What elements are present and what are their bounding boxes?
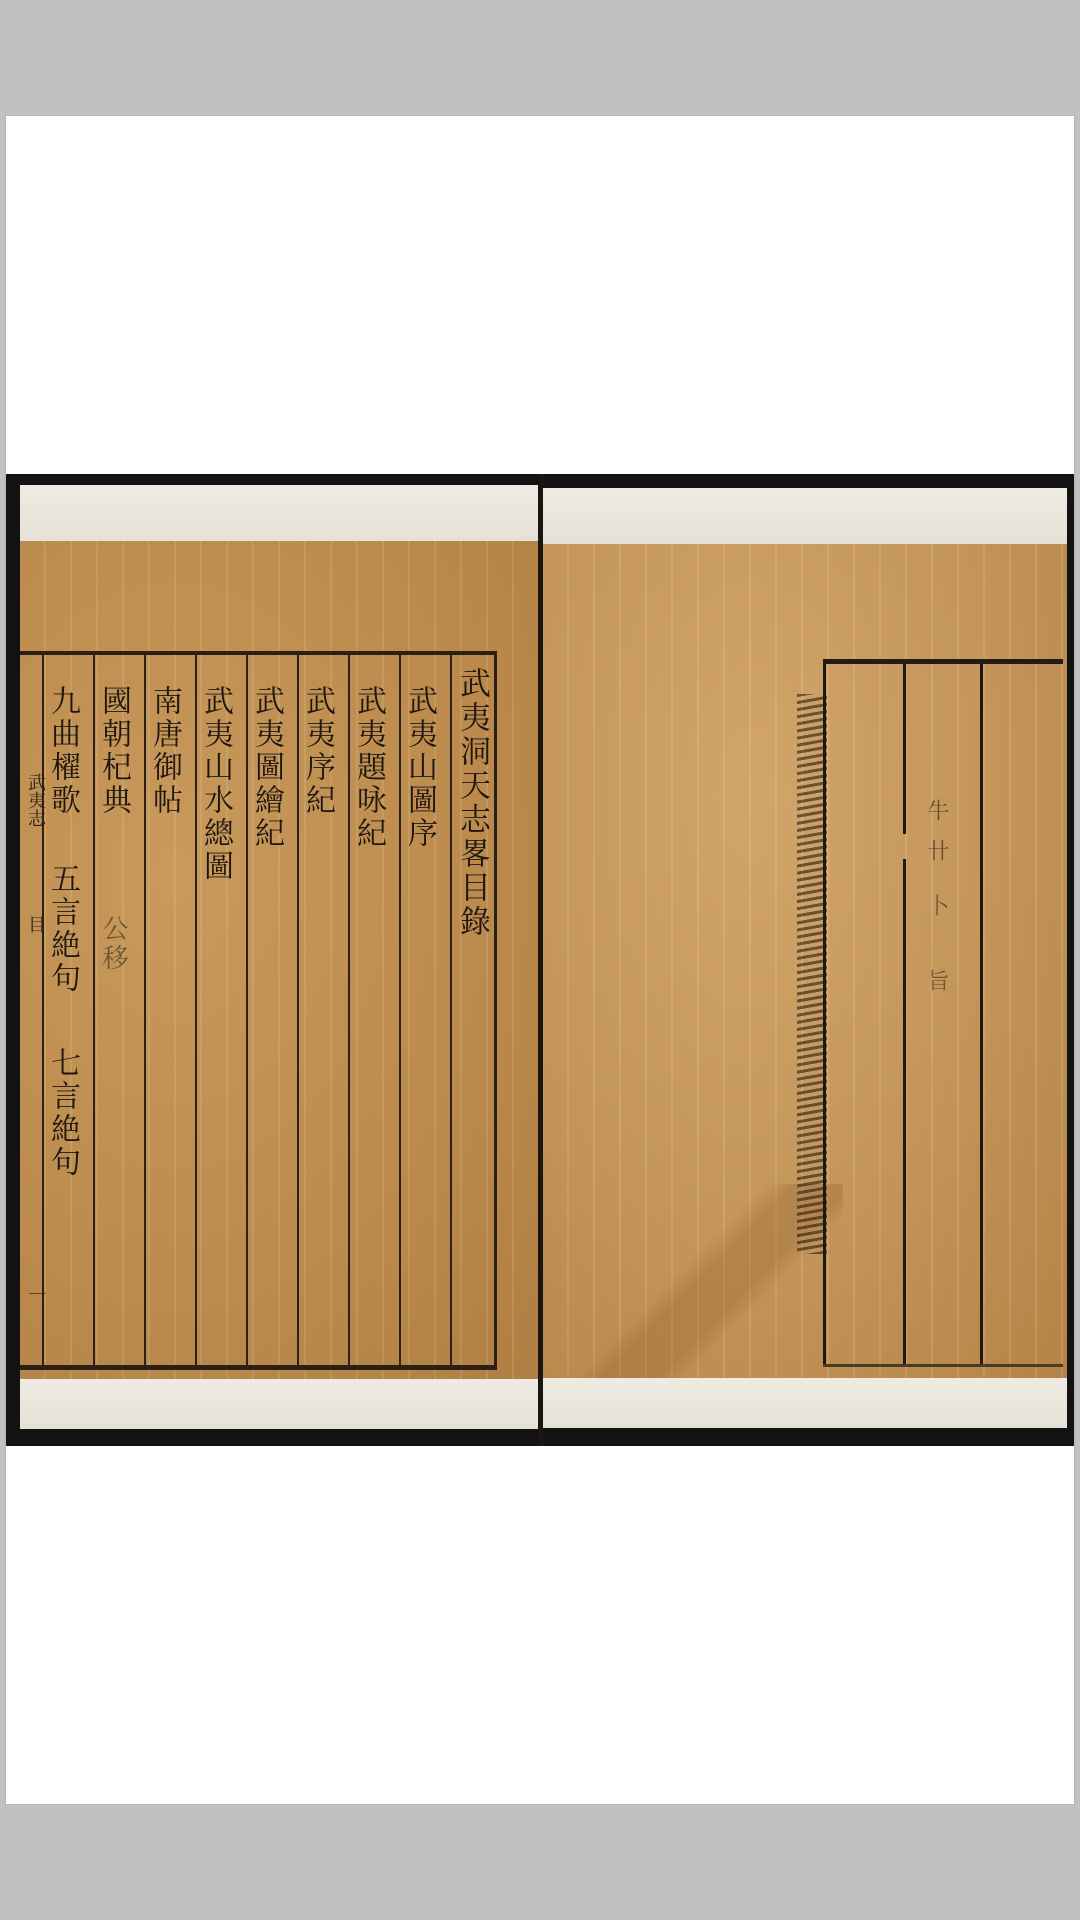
column-rule <box>823 664 826 1364</box>
toc-entry: 武夷序紀 <box>302 685 332 817</box>
column-rule <box>980 664 983 1364</box>
bleed-through-mark: 卄 <box>925 839 947 864</box>
right-page-top-margin <box>543 488 1067 544</box>
toc-entry: 九曲櫂歌 <box>47 685 77 817</box>
print-frame-left: 武夷志 目 一 武 武夷洞天志畧目錄 武夷山圖序 武夷題咏紀 武夷序紀 武夷 <box>20 651 497 1370</box>
right-page: 牛 卄 卜 旨 <box>543 488 1067 1428</box>
toc-entry: 武夷山圖序 <box>404 685 434 850</box>
left-page-bottom-margin <box>20 1379 538 1429</box>
column-rule <box>195 655 197 1365</box>
column-rule <box>144 655 146 1365</box>
bleed-through-mark: 卜 <box>925 894 947 919</box>
column-rule <box>93 655 95 1365</box>
toc-entry: 武夷題咏紀 <box>353 685 383 850</box>
bleed-through-mark: 牛 <box>925 799 947 824</box>
print-frame-right: 牛 卄 卜 旨 <box>823 659 1063 1367</box>
left-page: 武夷志 目 一 武 武夷洞天志畧目錄 武夷山圖序 武夷題咏紀 武夷序紀 武夷 <box>20 485 538 1429</box>
column-rule <box>399 655 401 1365</box>
toc-sub-entry: 五言絶句 <box>47 863 77 995</box>
column-rule <box>450 655 452 1365</box>
bleed-through-mark: 旨 <box>925 969 947 994</box>
column-rule <box>348 655 350 1365</box>
toc-annotation: 公移 <box>100 915 126 973</box>
left-page-top-margin <box>20 485 538 541</box>
column-rule <box>903 664 906 834</box>
left-page-paper: 武夷志 目 一 武 武夷洞天志畧目錄 武夷山圖序 武夷題咏紀 武夷序紀 武夷 <box>20 541 538 1379</box>
banxin-folio: 一 <box>22 1285 48 1303</box>
column-rule <box>903 859 906 1364</box>
right-page-bottom-margin <box>543 1378 1067 1428</box>
banxin-center-fold: 武夷志 目 一 武 <box>20 765 42 1429</box>
column-rule <box>297 655 299 1365</box>
toc-entry: 武夷山水總圖 <box>200 685 230 883</box>
toc-entry: 國朝杞典 <box>98 685 128 817</box>
toc-heading: 武夷洞天志畧目錄 <box>456 667 487 939</box>
right-page-paper: 牛 卄 卜 旨 <box>543 544 1067 1378</box>
toc-entry: 武夷圖繪紀 <box>251 685 281 850</box>
toc-sub-entry: 七言絶句 <box>47 1047 77 1179</box>
toc-entry: 南唐御帖 <box>149 685 179 817</box>
column-rule <box>246 655 248 1365</box>
book-photo: 武夷志 目 一 武 武夷洞天志畧目錄 武夷山圖序 武夷題咏紀 武夷序紀 武夷 <box>6 474 1074 1446</box>
column-rule <box>42 655 44 1365</box>
